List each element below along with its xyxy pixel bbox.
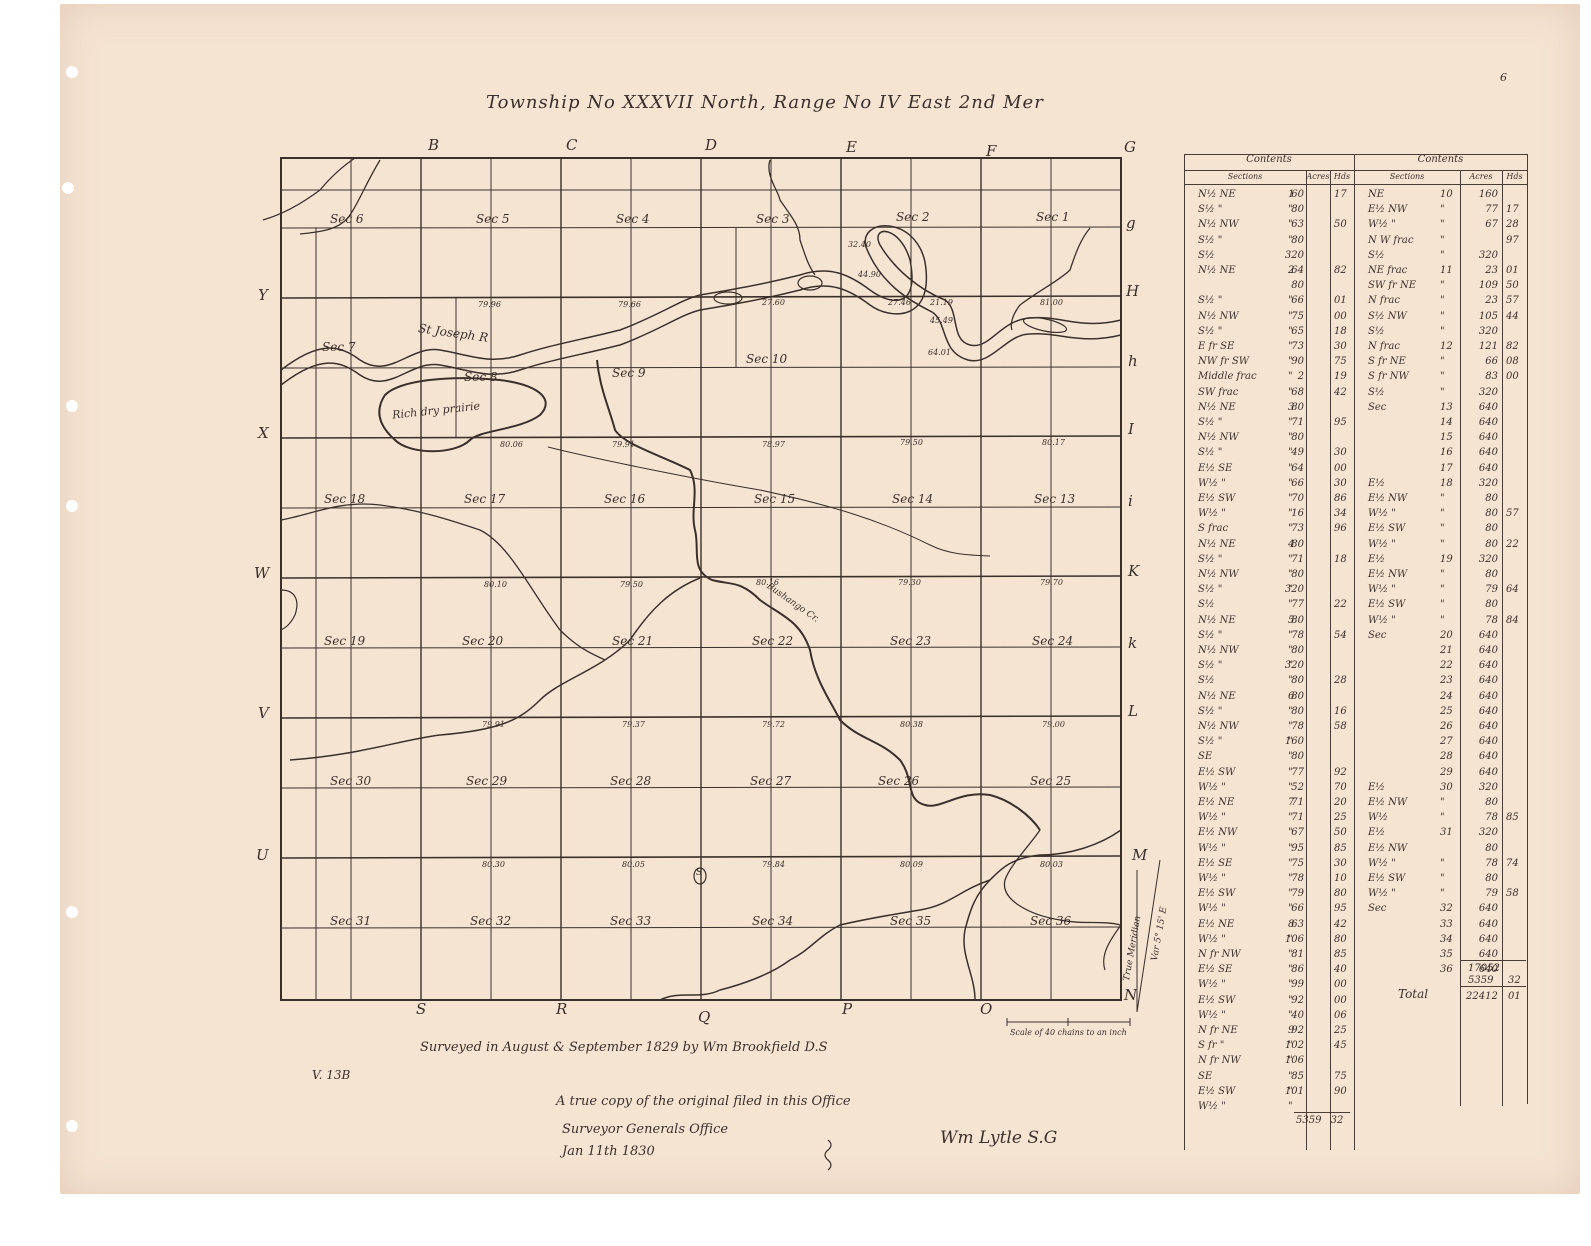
cell-acres: 77 (1274, 598, 1304, 611)
edge-letter: U (256, 846, 269, 864)
section-label: Sec 32 (470, 914, 511, 928)
cell-desc: W½ " (1198, 477, 1226, 490)
measurement: 79.91 (482, 720, 505, 729)
cell-acres: 75 (1274, 857, 1304, 870)
cell-acres: 63 (1274, 918, 1304, 931)
section-label: Sec 31 (330, 914, 371, 928)
cell-acres: 640 (1468, 902, 1498, 915)
section-label: Sec 20 (462, 634, 503, 648)
edge-letter: M (1132, 846, 1147, 864)
cell-desc: S½ " (1198, 416, 1222, 429)
cell-sec: " (1440, 614, 1445, 627)
cell-acres: 320 (1274, 583, 1304, 596)
cell-sec: " (1440, 872, 1445, 885)
section-label: Sec 24 (1032, 634, 1073, 648)
cell-acres: 320 (1274, 659, 1304, 672)
cell-hds: 95 (1334, 416, 1347, 429)
cell-desc: W½ " (1368, 218, 1396, 231)
cell-acres: 80 (1468, 598, 1498, 611)
cell-desc: N½ NW (1198, 218, 1239, 231)
edge-letter: N (1124, 986, 1137, 1004)
cell-acres: 92 (1274, 994, 1304, 1007)
section-label: Sec 4 (616, 212, 650, 226)
measurement: 27.46 (888, 298, 911, 307)
col-header-hds: Hds (1330, 172, 1354, 181)
cell-acres: 67 (1274, 826, 1304, 839)
cell-acres: 102 (1274, 1039, 1304, 1052)
cell-acres: 320 (1468, 249, 1498, 262)
cell-desc: S½ (1198, 249, 1215, 262)
section-label: Sec 33 (610, 914, 651, 928)
cell-sec: 32 (1440, 902, 1453, 915)
cell-acres: 66 (1274, 902, 1304, 915)
left-total-acres: 5359 (1296, 1115, 1321, 1126)
cell-desc: N½ NW (1198, 644, 1239, 657)
cell-sec: 29 (1440, 766, 1453, 779)
cell-sec: 24 (1440, 690, 1453, 703)
cell-hds: 75 (1334, 1070, 1347, 1083)
cell-sec: " (1440, 887, 1445, 900)
measurement: 79.84 (762, 860, 785, 869)
cell-hds: 08 (1506, 355, 1519, 368)
cell-sec: 20 (1440, 629, 1453, 642)
cell-sec: 23 (1440, 674, 1453, 687)
cell-hds: 34 (1334, 507, 1347, 520)
cell-sec: " (1440, 811, 1445, 824)
cell-hds: 75 (1334, 355, 1347, 368)
edge-letter: K (1128, 562, 1139, 580)
cell-acres: 66 (1274, 477, 1304, 490)
cell-hds: 01 (1334, 294, 1347, 307)
cell-sec: 14 (1440, 416, 1453, 429)
section-label: Sec 34 (752, 914, 793, 928)
cell-acres: 320 (1468, 477, 1498, 490)
cell-desc: NW fr SW (1198, 355, 1249, 368)
cell-desc: E½ NE (1198, 918, 1234, 931)
cell-desc: N½ NW (1198, 568, 1239, 581)
cell-hds: 00 (1334, 994, 1347, 1007)
section-label: Sec 9 (612, 366, 646, 380)
cell-hds: 28 (1334, 674, 1347, 687)
reference-code: V. 13B (312, 1068, 350, 1082)
cell-hds: 10 (1334, 872, 1347, 885)
cell-sec: 28 (1440, 750, 1453, 763)
cell-acres: 320 (1468, 826, 1498, 839)
cell-desc: S½ " (1198, 325, 1222, 338)
cell-acres: 640 (1468, 948, 1498, 961)
section-label: Sec 7 (322, 340, 356, 354)
cell-desc: S½ (1198, 598, 1215, 611)
cell-acres: 77 (1468, 203, 1498, 216)
cell-acres: 49 (1274, 446, 1304, 459)
cell-hds: 74 (1506, 857, 1519, 870)
cell-acres: 73 (1274, 522, 1304, 535)
cell-desc: W½ " (1198, 933, 1226, 946)
section-label: Sec 10 (746, 352, 787, 366)
signature: Wm Lytle S.G (940, 1128, 1057, 1148)
cell-acres: 105 (1468, 310, 1498, 323)
measurement: 79.37 (622, 720, 645, 729)
cell-hds: 86 (1334, 492, 1347, 505)
cell-desc: N½ NW (1198, 431, 1239, 444)
cell-hds: 17 (1506, 203, 1519, 216)
cell-desc: W½ " (1368, 887, 1396, 900)
cell-acres: 52 (1274, 781, 1304, 794)
cell-acres: 640 (1468, 918, 1498, 931)
section-label: Sec 26 (878, 774, 919, 788)
cell-hds: 85 (1334, 948, 1347, 961)
cell-acres: 23 (1468, 294, 1498, 307)
section-label: Sec 28 (610, 774, 651, 788)
cell-desc: S½ " (1198, 446, 1222, 459)
cell-acres: 640 (1468, 644, 1498, 657)
section-label: Sec 27 (750, 774, 791, 788)
cell-desc: S½ " (1198, 583, 1222, 596)
cell-acres: 80 (1274, 674, 1304, 687)
measurement: 79.70 (1040, 578, 1063, 587)
cell-hds: 30 (1334, 477, 1347, 490)
cell-desc: W½ " (1198, 781, 1226, 794)
cell-acres: 78 (1274, 872, 1304, 885)
certification-note: A true copy of the original filed in thi… (556, 1094, 851, 1109)
total-label: Total (1398, 988, 1428, 1001)
measurement: 64.01 (928, 348, 951, 357)
cell-acres: 320 (1468, 325, 1498, 338)
cell-acres: 78 (1274, 720, 1304, 733)
edge-letter: W (254, 564, 269, 582)
measurement: 27.60 (762, 298, 785, 307)
cell-sec: " (1440, 507, 1445, 520)
cell-acres: 640 (1468, 705, 1498, 718)
cell-hds: 92 (1334, 766, 1347, 779)
cell-desc: W½ " (1198, 842, 1226, 855)
cell-desc: N frac (1368, 340, 1400, 353)
cell-desc: W½ " (1368, 857, 1396, 870)
edge-letter: D (705, 136, 717, 154)
measurement: 79.66 (618, 300, 641, 309)
cell-sec: " (1440, 218, 1445, 231)
cell-acres: 40 (1274, 1009, 1304, 1022)
cell-acres: 320 (1468, 553, 1498, 566)
cell-acres: 66 (1274, 294, 1304, 307)
cell-desc: S½ " (1198, 629, 1222, 642)
scale-note: Scale of 40 chains to an inch (1010, 1028, 1127, 1037)
col-header-acres: Acres (1460, 172, 1502, 181)
cell-desc: Sec (1368, 629, 1386, 642)
cell-desc: E½ NE (1198, 796, 1234, 809)
cell-acres: 640 (1468, 690, 1498, 703)
edge-letter: C (566, 136, 577, 154)
cell-hds: 01 (1506, 264, 1519, 277)
cell-acres: 80 (1274, 401, 1304, 414)
edge-letter: Q (698, 1008, 710, 1026)
cell-hds: 25 (1334, 1024, 1347, 1037)
section-label: Sec 25 (1030, 774, 1071, 788)
measurement: 32.40 (848, 240, 871, 249)
cell-sec: 16 (1440, 446, 1453, 459)
cell-acres: 640 (1468, 401, 1498, 414)
cell-sec: " (1440, 249, 1445, 262)
cell-desc: E½ NW (1368, 492, 1407, 505)
cell-desc: S fr NE (1368, 355, 1406, 368)
cell-desc: E½ SW (1368, 598, 1405, 611)
measurement: 80.10 (484, 580, 507, 589)
cell-hds: 42 (1334, 386, 1347, 399)
cell-hds: 70 (1334, 781, 1347, 794)
cell-sec: 21 (1440, 644, 1453, 657)
cell-hds: 45 (1334, 1039, 1347, 1052)
cell-sec: 27 (1440, 735, 1453, 748)
office-name: Surveyor Generals Office (562, 1122, 728, 1137)
cell-sec: " (1440, 203, 1445, 216)
cell-sec: " (1440, 598, 1445, 611)
cell-hds: 25 (1334, 811, 1347, 824)
cell-acres: 640 (1468, 446, 1498, 459)
cell-sec: 19 (1440, 553, 1453, 566)
cell-desc: E½ NW (1198, 826, 1237, 839)
cell-hds: 80 (1334, 887, 1347, 900)
cell-acres: 80 (1274, 234, 1304, 247)
section-label: Sec 8 (464, 370, 498, 384)
cell-acres: 80 (1274, 279, 1304, 292)
cell-sec: 33 (1440, 918, 1453, 931)
cell-desc: N frac (1368, 294, 1400, 307)
cell-acres: 80 (1274, 644, 1304, 657)
cell-hds: 57 (1506, 507, 1519, 520)
cell-desc: W½ " (1198, 811, 1226, 824)
cell-acres: 78 (1274, 629, 1304, 642)
cell-desc: SE (1198, 750, 1212, 763)
cell-sec: 10 (1440, 188, 1453, 201)
cell-desc: S½ " (1198, 234, 1222, 247)
section-label: Sec 3 (756, 212, 790, 226)
cell-hds: 40 (1334, 963, 1347, 976)
subtotal-2-hds: 32 (1508, 974, 1521, 987)
section-label: Sec 18 (324, 492, 365, 506)
cell-acres: 64 (1274, 264, 1304, 277)
cell-desc: E½ SE (1198, 963, 1232, 976)
cell-desc: W½ " (1368, 507, 1396, 520)
cell-acres: 640 (1468, 431, 1498, 444)
cell-desc: NE frac (1368, 264, 1407, 277)
cell-desc: N fr NW (1198, 948, 1241, 961)
cell-hds: 85 (1506, 811, 1519, 824)
cell-sec: 13 (1440, 401, 1453, 414)
cell-desc: SE (1198, 1070, 1212, 1083)
measurement: 81.00 (1040, 298, 1063, 307)
measurement: 45.49 (930, 316, 953, 325)
measurement: 78.97 (762, 440, 785, 449)
cell-sec: 35 (1440, 948, 1453, 961)
cell-sec: 15 (1440, 431, 1453, 444)
cell-acres: 160 (1274, 735, 1304, 748)
cell-acres: 640 (1468, 659, 1498, 672)
cell-acres: 121 (1468, 340, 1498, 353)
cell-acres: 80 (1274, 431, 1304, 444)
cell-sec: 11 (1440, 264, 1453, 277)
cell-desc: SW frac (1198, 386, 1238, 399)
cell-sec: " (1440, 857, 1445, 870)
cell-desc: E½ SW (1198, 492, 1235, 505)
cell-desc: Sec (1368, 902, 1386, 915)
cell-hds: 64 (1506, 583, 1519, 596)
cell-desc: W½ " (1368, 538, 1396, 551)
cell-acres: 80 (1274, 614, 1304, 627)
section-label: Sec 1 (1036, 210, 1070, 224)
cell-desc: S½ " (1198, 203, 1222, 216)
cell-desc: W½ " (1198, 1100, 1226, 1113)
cell-sec: 26 (1440, 720, 1453, 733)
cell-sec: 22 (1440, 659, 1453, 672)
cell-hds: 22 (1506, 538, 1519, 551)
cell-desc: W½ " (1198, 902, 1226, 915)
cell-sec: " (1440, 568, 1445, 581)
edge-letter: I (1128, 420, 1134, 438)
cell-sec: 18 (1440, 477, 1453, 490)
measurement: 44.90 (858, 270, 881, 279)
cell-acres: 640 (1468, 750, 1498, 763)
cell-sec: " (1288, 1100, 1293, 1113)
cell-sec: 31 (1440, 826, 1453, 839)
cell-acres: 640 (1468, 462, 1498, 475)
cell-desc: S½ (1368, 325, 1385, 338)
right-group-header: Contents (1354, 154, 1527, 165)
cell-desc: S½ (1198, 674, 1215, 687)
cell-hds: 18 (1334, 553, 1347, 566)
cell-sec: " (1440, 294, 1445, 307)
cell-desc: S fr " (1198, 1039, 1224, 1052)
cell-acres: 80 (1274, 690, 1304, 703)
measurement: 80.30 (482, 860, 505, 869)
cell-acres: 80 (1274, 538, 1304, 551)
cell-hds: 50 (1334, 218, 1347, 231)
cell-hds: 19 (1334, 370, 1347, 383)
cell-hds: 80 (1334, 933, 1347, 946)
cell-desc: S½ (1368, 249, 1385, 262)
cell-hds: 30 (1334, 340, 1347, 353)
cell-hds: 82 (1334, 264, 1347, 277)
col-header-sections: Sections (1184, 172, 1306, 181)
section-label: Sec 22 (752, 634, 793, 648)
section-label: Sec 29 (466, 774, 507, 788)
edge-letter: H (1126, 282, 1139, 300)
cell-acres: 80 (1468, 522, 1498, 535)
cell-desc: E½ SE (1198, 462, 1232, 475)
measurement: 80.03 (1040, 860, 1063, 869)
cell-desc: E½ SW (1198, 994, 1235, 1007)
cell-desc: N½ NE (1198, 188, 1236, 201)
cell-acres: 2 (1274, 370, 1304, 383)
cell-acres: 90 (1274, 355, 1304, 368)
section-label: Sec 6 (330, 212, 364, 226)
edge-letter: V (258, 704, 269, 722)
cell-desc: E½ NW (1368, 568, 1407, 581)
edge-letter: i (1128, 492, 1133, 510)
cell-hds: 50 (1334, 826, 1347, 839)
cell-hds: 18 (1334, 325, 1347, 338)
measurement: 80.17 (1042, 438, 1065, 447)
cell-desc: S½ " (1198, 553, 1222, 566)
cell-desc: Sec (1368, 401, 1386, 414)
cell-desc: E½ NW (1368, 796, 1407, 809)
cell-hds: 22 (1334, 598, 1347, 611)
measurement: 79.96 (478, 300, 501, 309)
cell-hds: 00 (1334, 462, 1347, 475)
cell-sec: " (1440, 234, 1445, 247)
cell-hds: 58 (1334, 720, 1347, 733)
cell-acres: 67 (1468, 218, 1498, 231)
cell-desc: E½ SW (1368, 872, 1405, 885)
cell-hds: 85 (1334, 842, 1347, 855)
edge-letter: Y (258, 286, 268, 304)
cell-sec: 36 (1440, 963, 1453, 976)
section-label: Sec 19 (324, 634, 365, 648)
cell-acres: 64 (1274, 462, 1304, 475)
cell-acres: 640 (1468, 629, 1498, 642)
cell-acres: 106 (1274, 933, 1304, 946)
cell-desc: N½ NW (1198, 310, 1239, 323)
cell-hds: 58 (1506, 887, 1519, 900)
cell-acres: 68 (1274, 386, 1304, 399)
edge-letter: B (428, 136, 439, 154)
section-label: Sec 36 (1030, 914, 1071, 928)
cell-sec: 12 (1440, 340, 1453, 353)
cell-desc: N½ NE (1198, 401, 1236, 414)
cell-acres: 80 (1468, 568, 1498, 581)
section-label: Sec 13 (1034, 492, 1075, 506)
measurement: 79.72 (762, 720, 785, 729)
section-label: Sec 35 (890, 914, 931, 928)
measurement: 80.09 (900, 860, 923, 869)
cell-desc: S½ " (1198, 735, 1222, 748)
cell-desc: S frac (1198, 522, 1228, 535)
cell-acres: 80 (1468, 872, 1498, 885)
cell-desc: NE (1368, 188, 1384, 201)
cell-hds: 84 (1506, 614, 1519, 627)
cell-sec: " (1440, 583, 1445, 596)
cell-sec: " (1440, 522, 1445, 535)
cell-hds: 20 (1334, 796, 1347, 809)
cell-desc: SW fr NE (1368, 279, 1416, 292)
cell-desc: N½ NE (1198, 264, 1236, 277)
measurement: 80.05 (622, 860, 645, 869)
section-label: Sec 30 (330, 774, 371, 788)
measurement: 79.00 (1042, 720, 1065, 729)
cell-acres: 71 (1274, 811, 1304, 824)
section-label: Sec 23 (890, 634, 931, 648)
edge-letter: k (1128, 634, 1137, 652)
cell-desc: E½ SW (1368, 522, 1405, 535)
cell-hds: 95 (1334, 902, 1347, 915)
cell-acres: 320 (1274, 249, 1304, 262)
cell-acres: 16 (1274, 507, 1304, 520)
cell-desc: W½ " (1368, 614, 1396, 627)
subtotal-2: 5359 (1468, 974, 1493, 987)
certification-date: Jan 11th 1830 (562, 1144, 655, 1159)
edge-letter: O (980, 1000, 992, 1018)
cell-desc: E fr SE (1198, 340, 1234, 353)
cell-acres: 73 (1274, 340, 1304, 353)
left-total: 5359 32 (1296, 1114, 1343, 1127)
cell-acres: 320 (1468, 781, 1498, 794)
cell-desc: W½ " (1198, 1009, 1226, 1022)
cell-acres: 79 (1274, 887, 1304, 900)
cell-hds: 00 (1334, 978, 1347, 991)
cell-hds: 30 (1334, 857, 1347, 870)
cell-acres: 86 (1274, 963, 1304, 976)
left-group-header: Contents (1184, 154, 1354, 165)
cell-sec: 25 (1440, 705, 1453, 718)
